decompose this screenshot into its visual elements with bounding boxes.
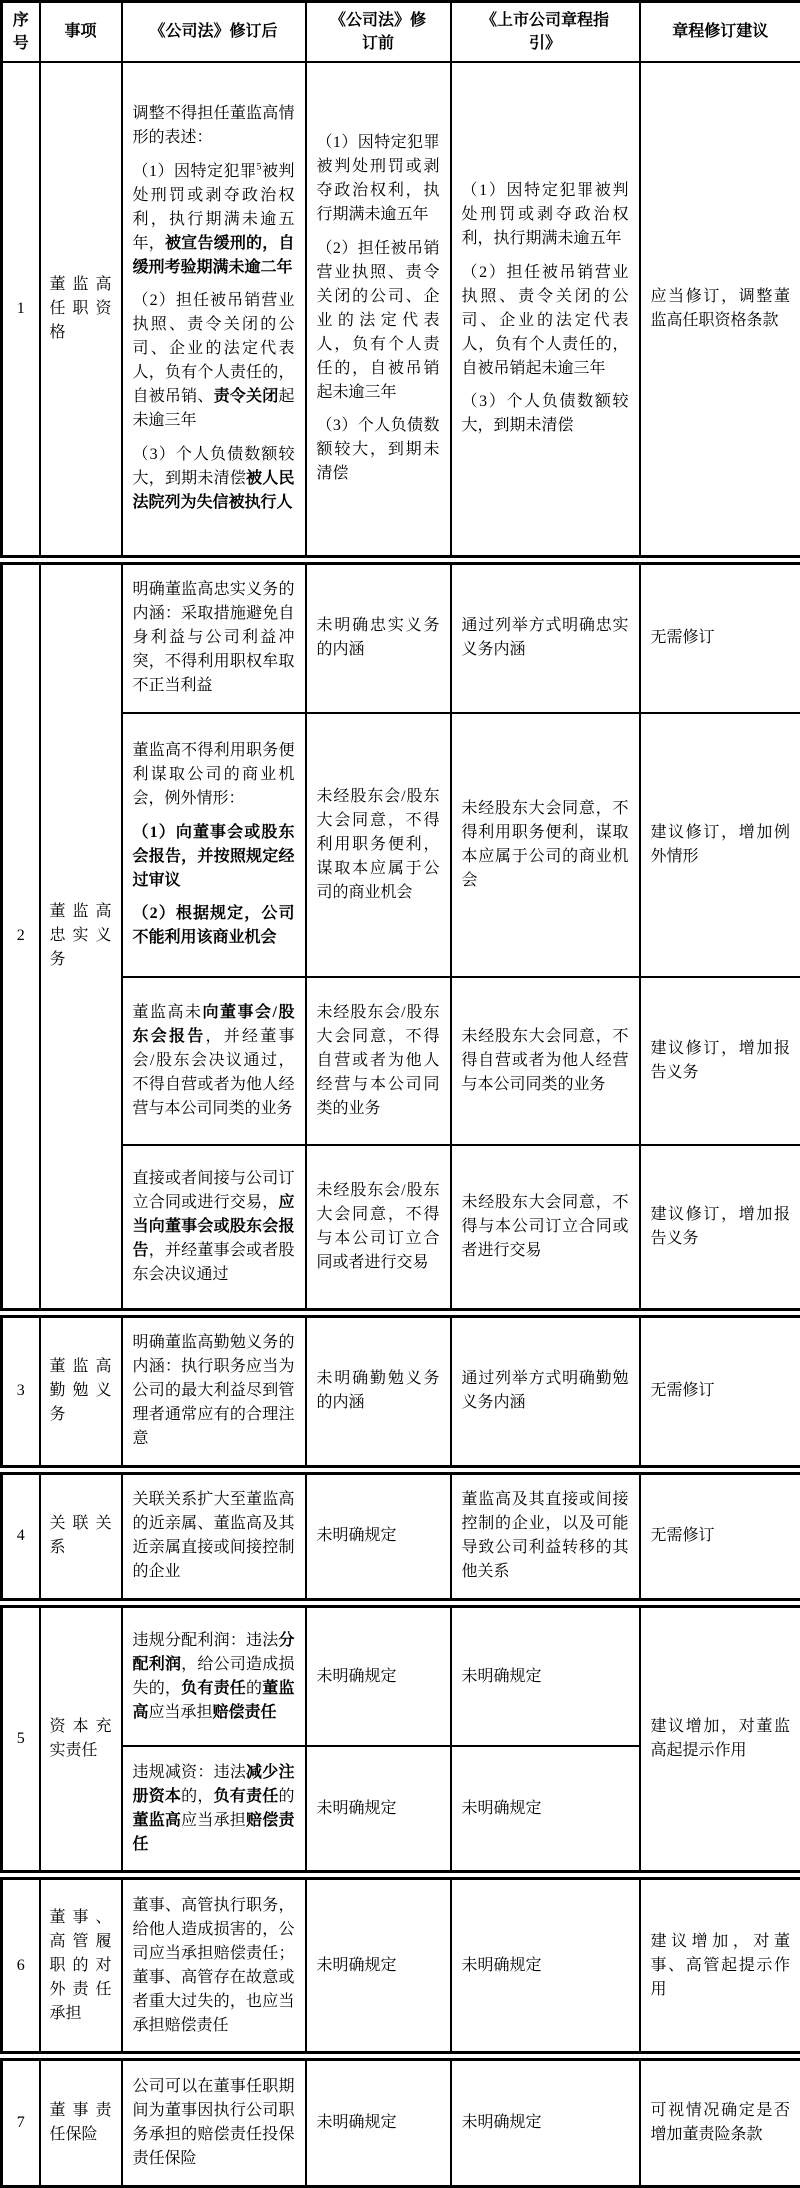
row1-item: 董监高任职资格 bbox=[40, 62, 122, 560]
table-row: 5 资本充实责任 违规分配利润：违法分配利润，给公司造成损失的，负有责任的董监高… bbox=[2, 1603, 800, 1746]
row3-guide-cell: 通过列举方式明确勤勉义务内涵 bbox=[451, 1313, 640, 1470]
row5a-revised-cell: 违规分配利润：违法分配利润，给公司造成损失的，负有责任的董监高应当承担赔偿责任 bbox=[122, 1603, 306, 1746]
table-row: 1 董监高任职资格 调整不得担任董监高情形的表述：（1）因特定犯罪5被判处刑罚或… bbox=[2, 62, 800, 560]
row3-no: 3 bbox=[2, 1313, 40, 1470]
table-row: 7 董事责任保险 公司可以在董事任职期间为董事因执行公司职务承担的赔偿责任投保责… bbox=[2, 2056, 800, 2186]
row2b-advice-cell: 建议修订，增加例外情形 bbox=[640, 713, 800, 977]
row1-before-cell: （1）因特定犯罪被判处刑罚或剥夺政治权利，执行期满未逾五年（2）担任被吊销营业执… bbox=[306, 62, 451, 560]
row4-item: 关联关系 bbox=[40, 1470, 122, 1603]
row5b-revised-cell: 违规减资：违法减少注册资本的，负有责任的董监高应当承担赔偿责任 bbox=[122, 1746, 306, 1875]
row1-no: 1 bbox=[2, 62, 40, 560]
row7-revised-cell: 公司可以在董事任职期间为董事因执行公司职务承担的赔偿责任投保责任保险 bbox=[122, 2056, 306, 2186]
row7-item: 董事责任保险 bbox=[40, 2056, 122, 2186]
header-guidelines: 《上市公司章程指引》 bbox=[451, 2, 640, 62]
comparison-table: 序号 事项 《公司法》修订后 《公司法》修订前 《上市公司章程指引》 章程修订建… bbox=[0, 0, 800, 2188]
row2-item: 董监高忠实义务 bbox=[40, 560, 122, 1313]
row2c-advice-cell: 建议修订，增加报告义务 bbox=[640, 977, 800, 1145]
row2d-guide-cell: 未经股东大会同意，不得与本公司订立合同或者进行交易 bbox=[451, 1145, 640, 1313]
header-no: 序号 bbox=[2, 2, 40, 62]
row5b-guide-cell: 未明确规定 bbox=[451, 1746, 640, 1875]
row4-before-cell: 未明确规定 bbox=[306, 1470, 451, 1603]
row2d-before-cell: 未经股东会/股东大会同意，不得与本公司订立合同或者进行交易 bbox=[306, 1145, 451, 1313]
table-row: 3 董监高勤勉义务 明确董监高勤勉义务的内涵：执行职务应当为公司的最大利益尽到管… bbox=[2, 1313, 800, 1470]
table-header: 序号 事项 《公司法》修订后 《公司法》修订前 《上市公司章程指引》 章程修订建… bbox=[2, 2, 800, 62]
table-row: 直接或者间接与公司订立合同或进行交易，应当向董事会或股东会报告，并经董事会或者股… bbox=[2, 1145, 800, 1313]
row2c-before-cell: 未经股东会/股东大会同意，不得自营或者为他人经营与本公司同类的业务 bbox=[306, 977, 451, 1145]
row4-revised-cell: 关联关系扩大至董监高的近亲属、董监高及其近亲属直接或间接控制的企业 bbox=[122, 1470, 306, 1603]
row4-no: 4 bbox=[2, 1470, 40, 1603]
row6-revised-cell: 董事、高管执行职务，给他人造成损害的，公司应当承担赔偿责任；董事、高管存在故意或… bbox=[122, 1875, 306, 2056]
row5a-guide-cell: 未明确规定 bbox=[451, 1603, 640, 1746]
table-row: 2 董监高忠实义务 明确董监高忠实义务的内涵：采取措施避免自身利益与公司利益冲突… bbox=[2, 560, 800, 713]
row5a-before-cell: 未明确规定 bbox=[306, 1603, 451, 1746]
header-item: 事项 bbox=[40, 2, 122, 62]
row3-item: 董监高勤勉义务 bbox=[40, 1313, 122, 1470]
row6-guide-cell: 未明确规定 bbox=[451, 1875, 640, 2056]
header-advice: 章程修订建议 bbox=[640, 2, 800, 62]
row6-before-cell: 未明确规定 bbox=[306, 1875, 451, 2056]
table-row: 董监高不得利用职务便利谋取公司的商业机会，例外情形：（1）向董事会或股东会报告，… bbox=[2, 713, 800, 977]
row5b-before-cell: 未明确规定 bbox=[306, 1746, 451, 1875]
table-body: 1 董监高任职资格 调整不得担任董监高情形的表述：（1）因特定犯罪5被判处刑罚或… bbox=[2, 62, 800, 2187]
table-row: 4 关联关系 关联关系扩大至董监高的近亲属、董监高及其近亲属直接或间接控制的企业… bbox=[2, 1470, 800, 1603]
row2a-advice-cell: 无需修订 bbox=[640, 560, 800, 713]
row7-no: 7 bbox=[2, 2056, 40, 2186]
row2-no: 2 bbox=[2, 560, 40, 1313]
row1-advice-cell: 应当修订，调整董监高任职资格条款 bbox=[640, 62, 800, 560]
row7-guide-cell: 未明确规定 bbox=[451, 2056, 640, 2186]
row4-advice-cell: 无需修订 bbox=[640, 1470, 800, 1603]
row7-before-cell: 未明确规定 bbox=[306, 2056, 451, 2186]
row6-item: 董事、高管履职的对外责任承担 bbox=[40, 1875, 122, 2056]
row2b-before-cell: 未经股东会/股东大会同意，不得利用职务便利，谋取本应属于公司的商业机会 bbox=[306, 713, 451, 977]
row2d-advice-cell: 建议修订，增加报告义务 bbox=[640, 1145, 800, 1313]
row2c-guide-cell: 未经股东大会同意，不得自营或者为他人经营与本公司同类的业务 bbox=[451, 977, 640, 1145]
row1-revised-cell: 调整不得担任董监高情形的表述：（1）因特定犯罪5被判处刑罚或剥夺政治权利，执行期… bbox=[122, 62, 306, 560]
header-law-after: 《公司法》修订后 bbox=[122, 2, 306, 62]
header-row: 序号 事项 《公司法》修订后 《公司法》修订前 《上市公司章程指引》 章程修订建… bbox=[2, 2, 800, 62]
table-row: 董监高未向董事会/股东会报告，并经董事会/股东会决议通过，不得自营或者为他人经营… bbox=[2, 977, 800, 1145]
row2a-revised-cell: 明确董监高忠实义务的内涵：采取措施避免自身利益与公司利益冲突，不得利用职权牟取不… bbox=[122, 560, 306, 713]
table-row: 6 董事、高管履职的对外责任承担 董事、高管执行职务，给他人造成损害的，公司应当… bbox=[2, 1875, 800, 2056]
row2c-revised-cell: 董监高未向董事会/股东会报告，并经董事会/股东会决议通过，不得自营或者为他人经营… bbox=[122, 977, 306, 1145]
row2a-guide-cell: 通过列举方式明确忠实义务内涵 bbox=[451, 560, 640, 713]
row3-advice-cell: 无需修订 bbox=[640, 1313, 800, 1470]
row6-no: 6 bbox=[2, 1875, 40, 2056]
row5-no: 5 bbox=[2, 1603, 40, 1875]
row1-guide-cell: （1）因特定犯罪被判处刑罚或剥夺政治权利，执行期满未逾五年（2）担任被吊销营业执… bbox=[451, 62, 640, 560]
row3-revised-cell: 明确董监高勤勉义务的内涵：执行职务应当为公司的最大利益尽到管理者通常应有的合理注… bbox=[122, 1313, 306, 1470]
row3-before-cell: 未明确勤勉义务的内涵 bbox=[306, 1313, 451, 1470]
row5-item: 资本充实责任 bbox=[40, 1603, 122, 1875]
row2d-revised-cell: 直接或者间接与公司订立合同或进行交易，应当向董事会或股东会报告，并经董事会或者股… bbox=[122, 1145, 306, 1313]
row6-advice-cell: 建议增加，对董事、高管起提示作用 bbox=[640, 1875, 800, 2056]
row7-advice-cell: 可视情况确定是否增加董责险条款 bbox=[640, 2056, 800, 2186]
row2a-before-cell: 未明确忠实义务的内涵 bbox=[306, 560, 451, 713]
row5-advice-cell: 建议增加，对董监高起提示作用 bbox=[640, 1603, 800, 1875]
row2b-revised-cell: 董监高不得利用职务便利谋取公司的商业机会，例外情形：（1）向董事会或股东会报告，… bbox=[122, 713, 306, 977]
row2b-guide-cell: 未经股东大会同意，不得利用职务便利，谋取本应属于公司的商业机会 bbox=[451, 713, 640, 977]
header-law-before: 《公司法》修订前 bbox=[306, 2, 451, 62]
row4-guide-cell: 董监高及其直接或间接控制的企业，以及可能导致公司利益转移的其他关系 bbox=[451, 1470, 640, 1603]
